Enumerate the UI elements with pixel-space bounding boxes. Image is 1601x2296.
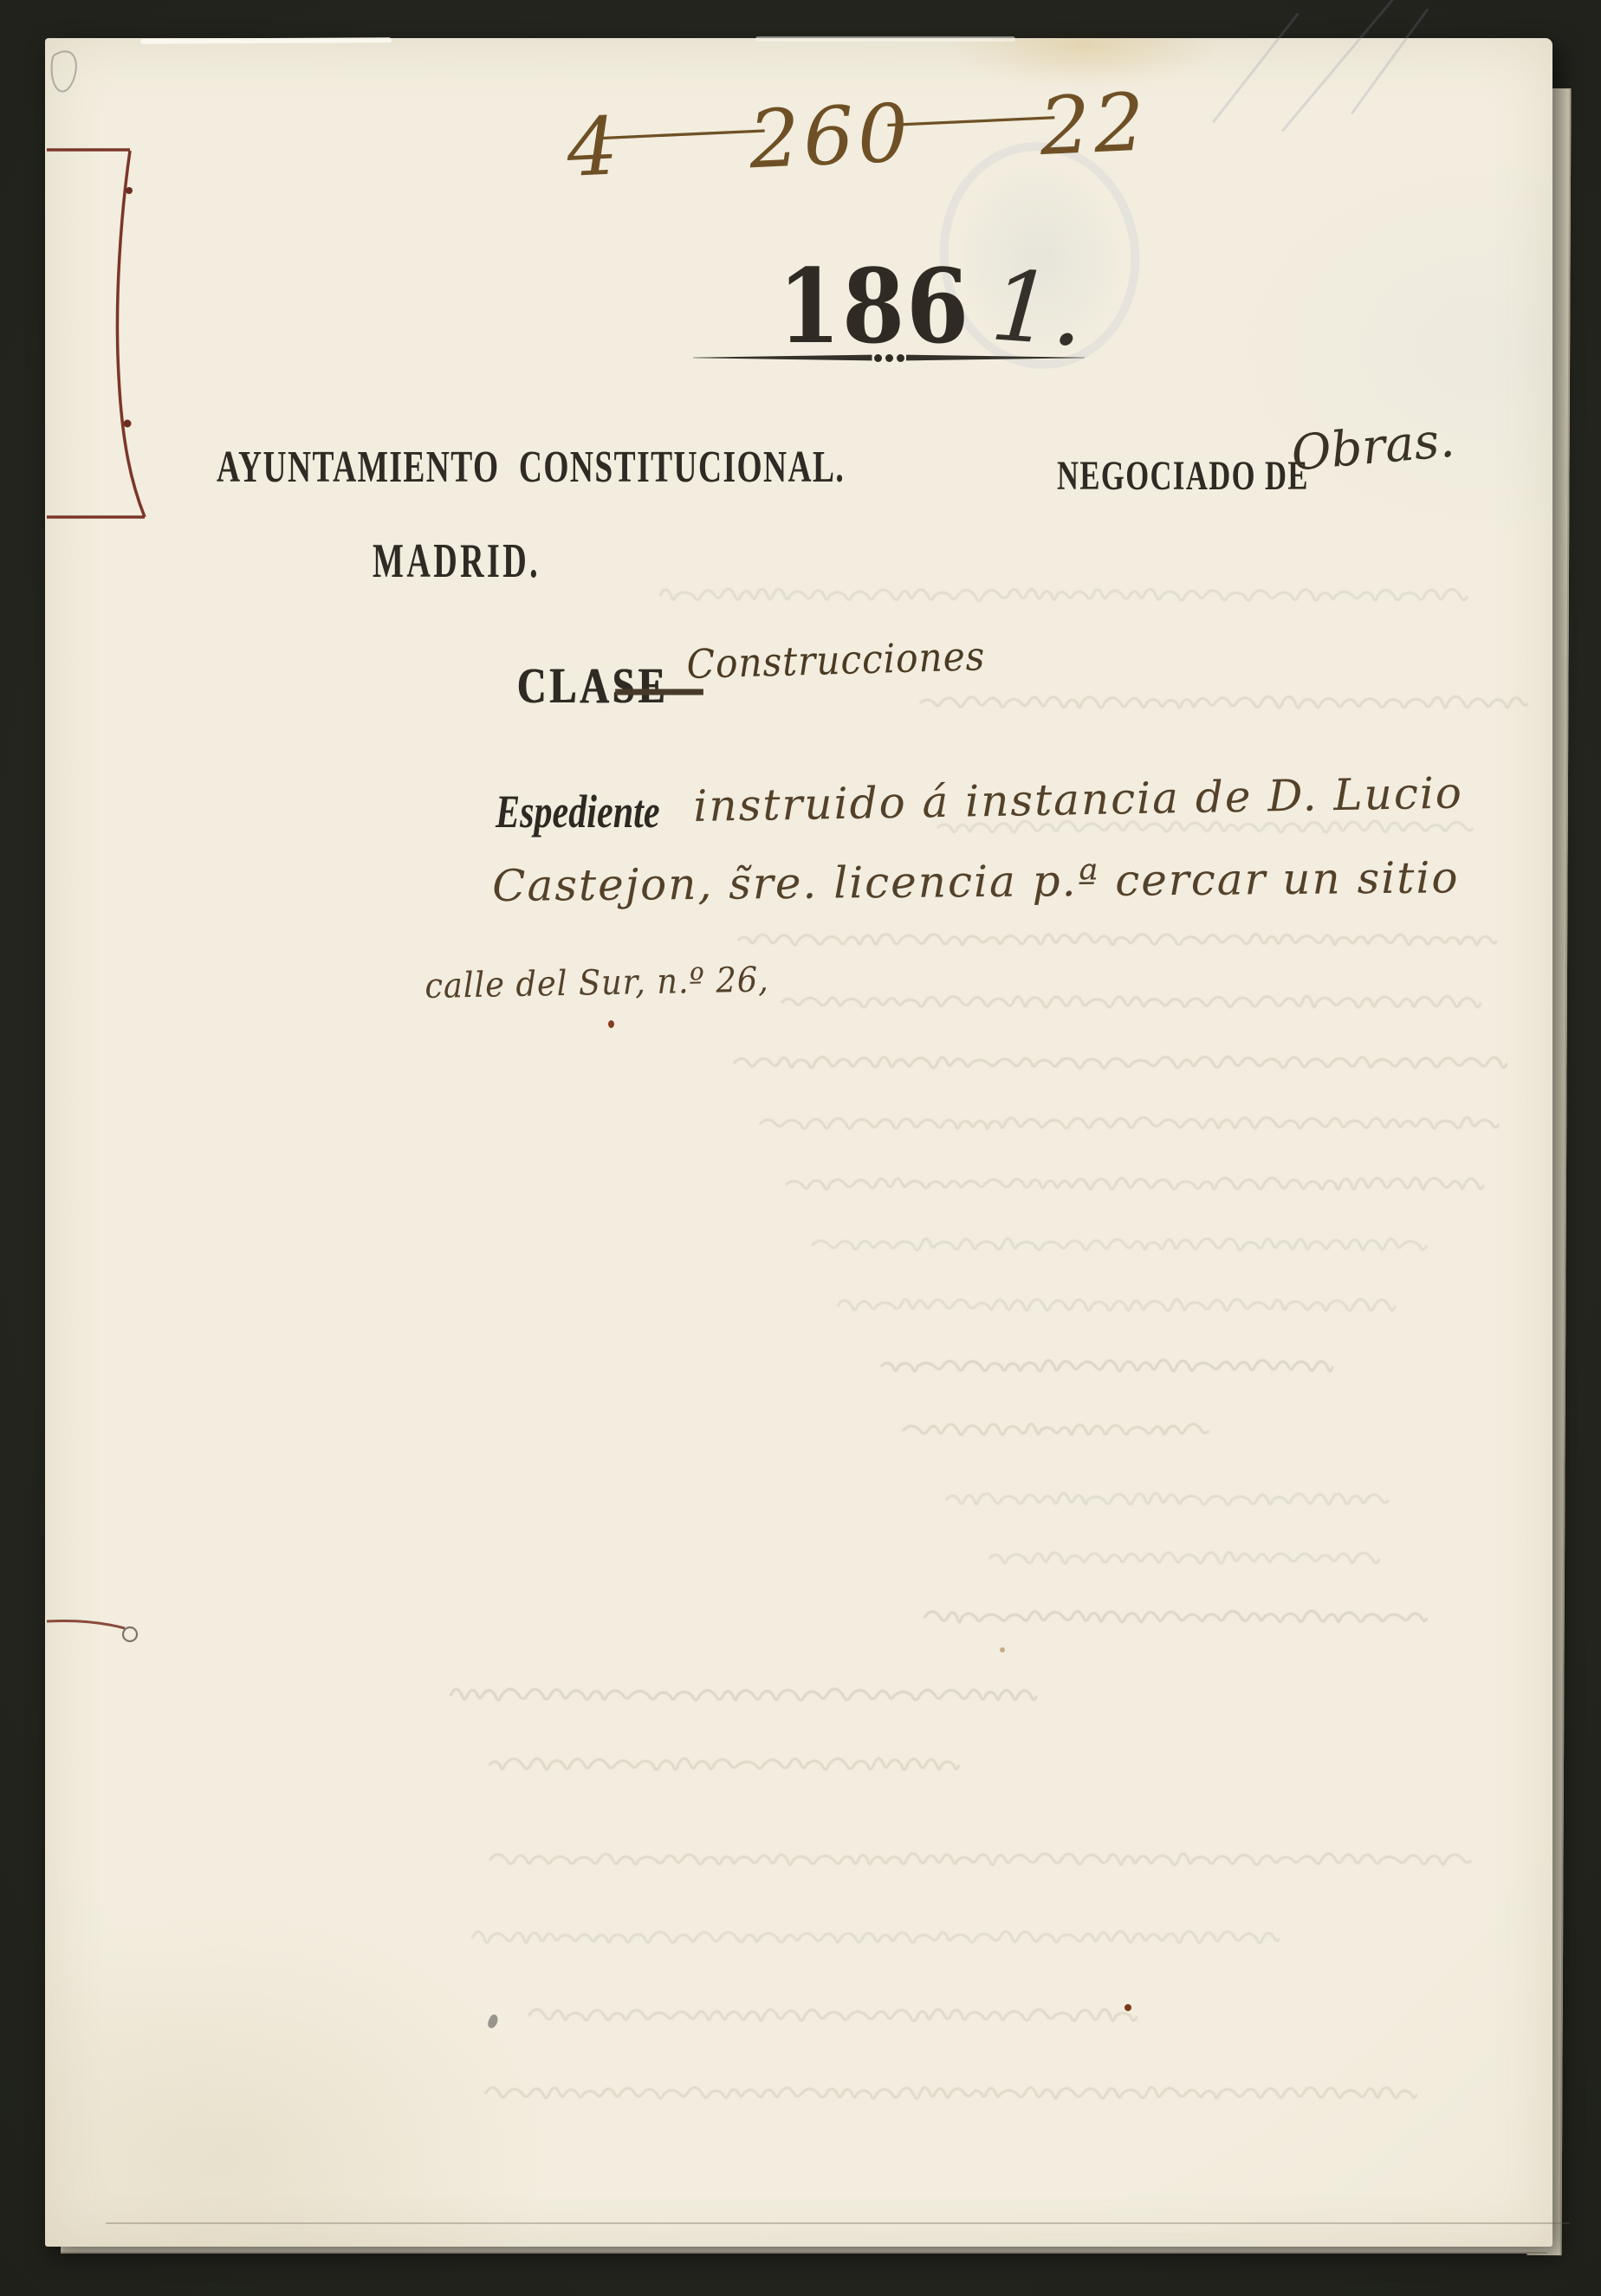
bleedthrough-line — [734, 1041, 1496, 1086]
org-name-line: AYUNTAMIENTO CONSTITUCIONAL. — [217, 442, 845, 493]
bleedthrough-line — [485, 2072, 1412, 2117]
ink-fleck — [608, 1020, 614, 1028]
bleedthrough-line — [489, 1743, 957, 1788]
bleedthrough-line — [760, 1102, 1492, 1147]
bleedthrough-line — [946, 1478, 1379, 1523]
year-handwritten-digit: 1. — [988, 249, 1088, 368]
paper-crease — [106, 2222, 1570, 2224]
negociado-label: NEGOCIADO DE — [1057, 452, 1309, 500]
bleedthrough-line — [903, 1408, 1197, 1453]
bleedthrough-line — [450, 1673, 1022, 1718]
year-heading: 1861. — [778, 246, 1084, 366]
ledger-dash: — — [878, 88, 1072, 148]
divider-rule-right — [906, 354, 1086, 361]
bleedthrough-line — [838, 1284, 1392, 1329]
divider-dot — [874, 354, 882, 362]
pencil-stroke — [1212, 12, 1300, 123]
divider-dot — [885, 354, 893, 362]
pencil-stroke — [1281, 0, 1395, 132]
espediente-text-line3: calle del Sur, n.º 26, — [425, 960, 769, 1006]
ornamental-divider — [693, 352, 1085, 364]
clase-value-handwritten: Construcciones — [686, 632, 986, 688]
espediente-text-line2: Castejon, s̃re. licencia p.ª cercar un s… — [492, 852, 1460, 911]
bleedthrough-line — [881, 1344, 1332, 1389]
bleedthrough-line — [738, 918, 1483, 963]
document-page: 4—260—22 1861. AYUNTAMIENTO CONSTITUCION… — [45, 38, 1552, 2247]
bleedthrough-line — [920, 681, 1518, 726]
year-printed-digits: 186 — [778, 246, 970, 366]
ink-fleck — [1000, 1647, 1005, 1652]
bleedthrough-line — [812, 1223, 1423, 1268]
bleedthrough-line — [786, 1162, 1470, 1207]
ink-fleck — [486, 2014, 500, 2030]
bleedthrough-line — [989, 1536, 1371, 1581]
divider-rule-left — [693, 354, 872, 361]
bleedthrough-line — [781, 980, 1475, 1025]
bleedthrough-line — [489, 1838, 1460, 1883]
espediente-label: Espediente — [496, 785, 660, 838]
ledger-dash: — — [588, 101, 781, 161]
bleedthrough-line — [528, 1994, 1135, 2039]
ink-fleck — [1125, 2004, 1131, 2011]
negociado-value-handwritten: Obras. — [1289, 412, 1456, 482]
torn-paper-edge — [755, 36, 1015, 42]
bleedthrough-line — [924, 1595, 1410, 1640]
pencil-stroke — [1351, 8, 1429, 114]
org-city-line: MADRID. — [373, 534, 541, 589]
torn-paper-edge — [140, 37, 392, 44]
bleedthrough-line — [472, 1916, 1269, 1961]
bleedthrough-line — [660, 573, 1466, 618]
divider-dot — [897, 354, 904, 362]
archive-scan-background: 4—260—22 1861. AYUNTAMIENTO CONSTITUCION… — [0, 0, 1601, 2296]
pencil-doodle — [52, 51, 76, 91]
